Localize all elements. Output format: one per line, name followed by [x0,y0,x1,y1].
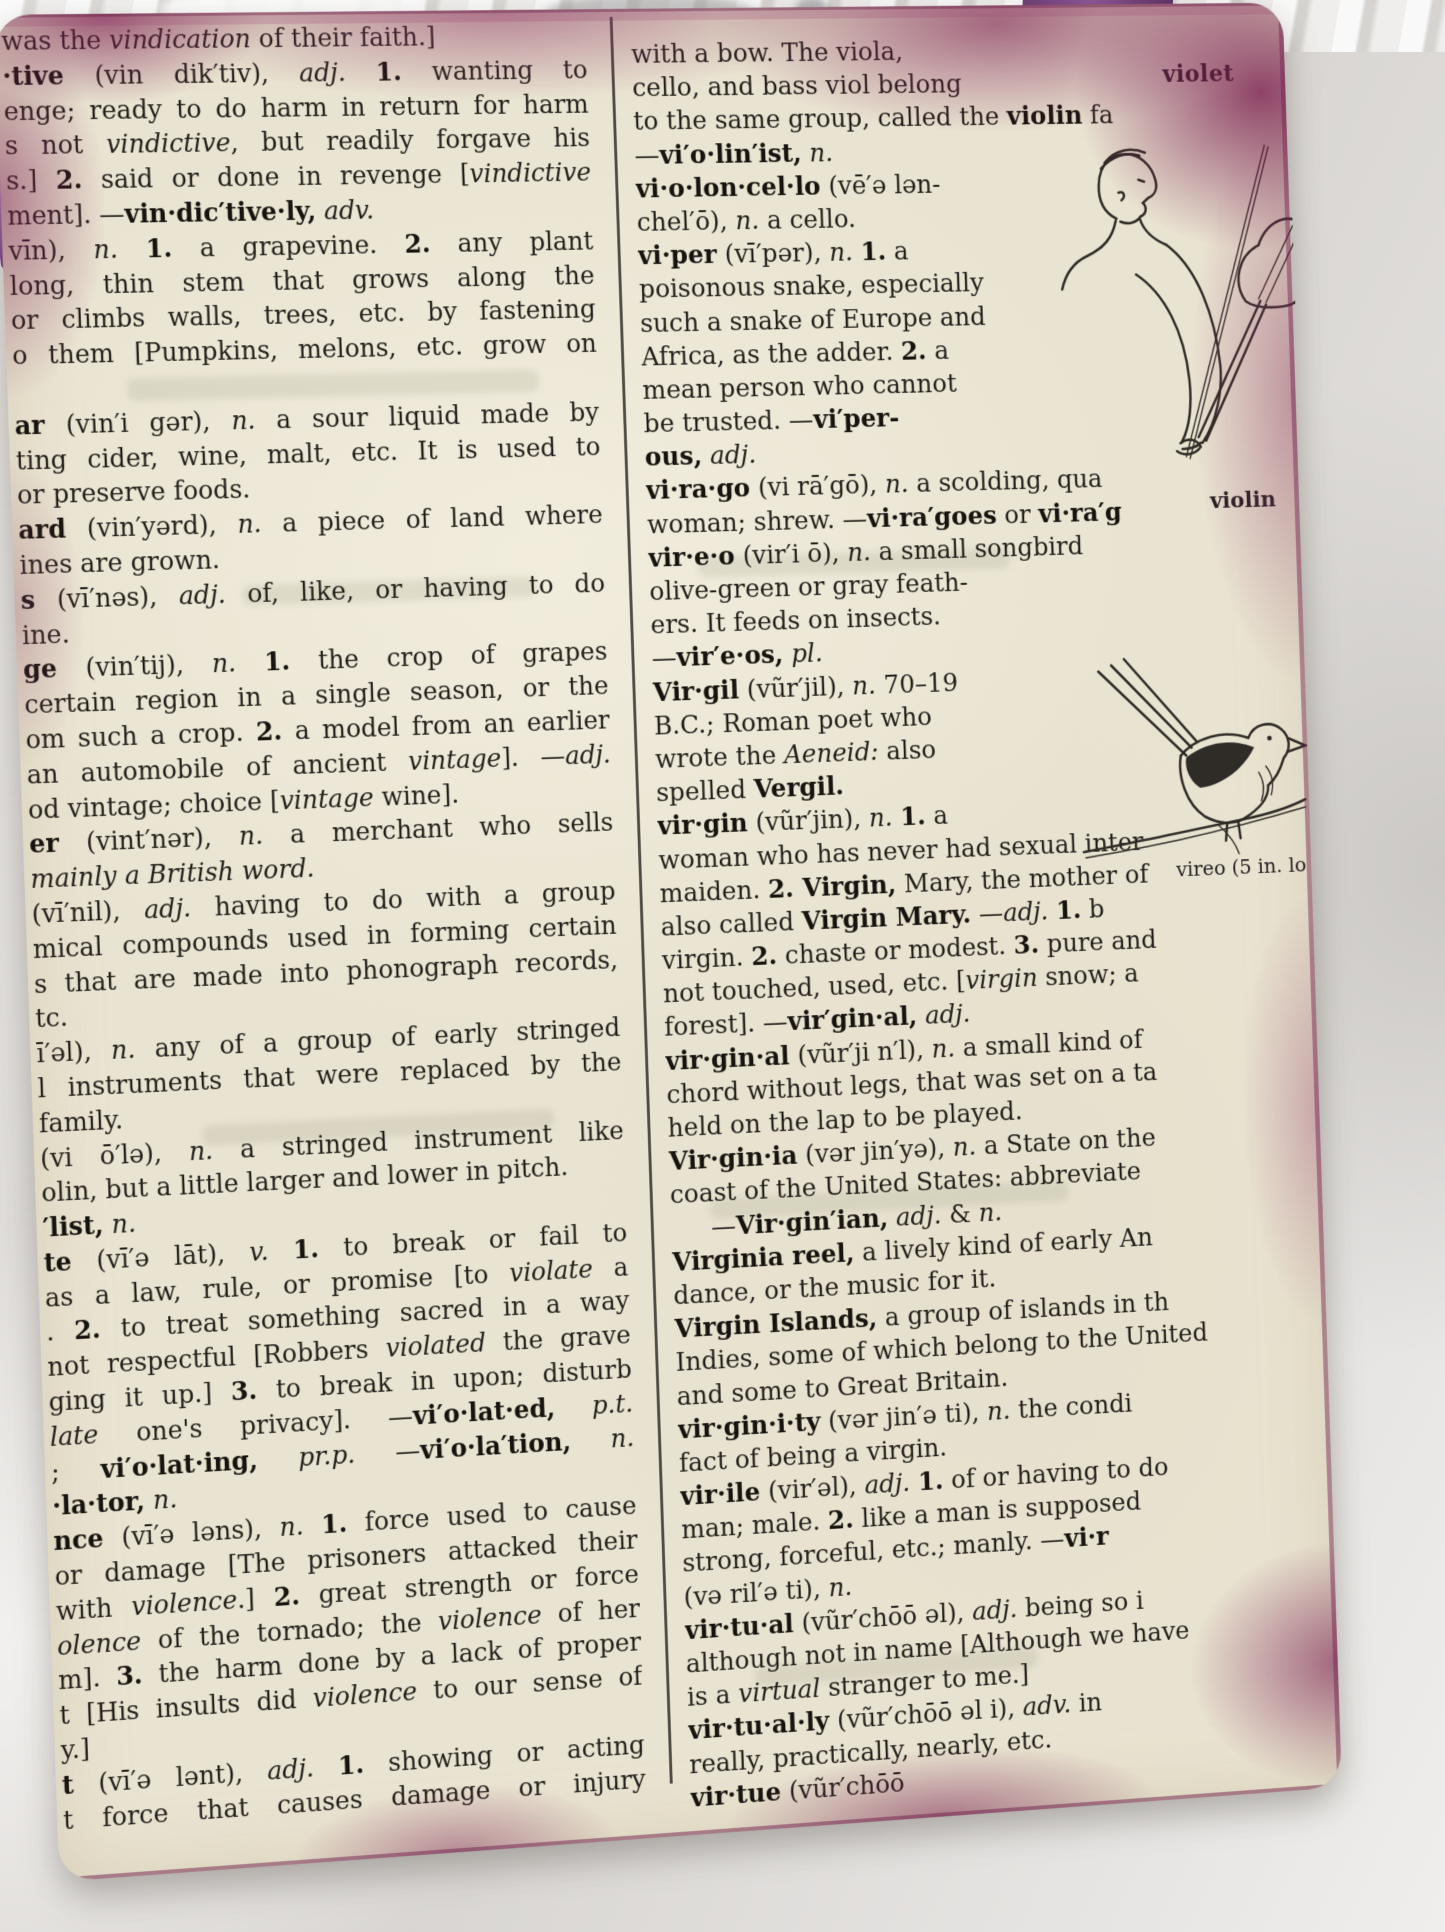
guide-word-violet: violet [1162,59,1234,88]
dictionary-page-card: was the vindication of their faith.]·tiv… [0,3,1342,1882]
vireo-illustration [1073,638,1311,887]
left-column: was the vindication of their faith.]·tiv… [1,19,647,1839]
violinist-illustration [1022,137,1301,490]
violin-caption: violin [1210,486,1277,514]
photo-background: was the vindication of their faith.]·tiv… [0,0,1445,1932]
